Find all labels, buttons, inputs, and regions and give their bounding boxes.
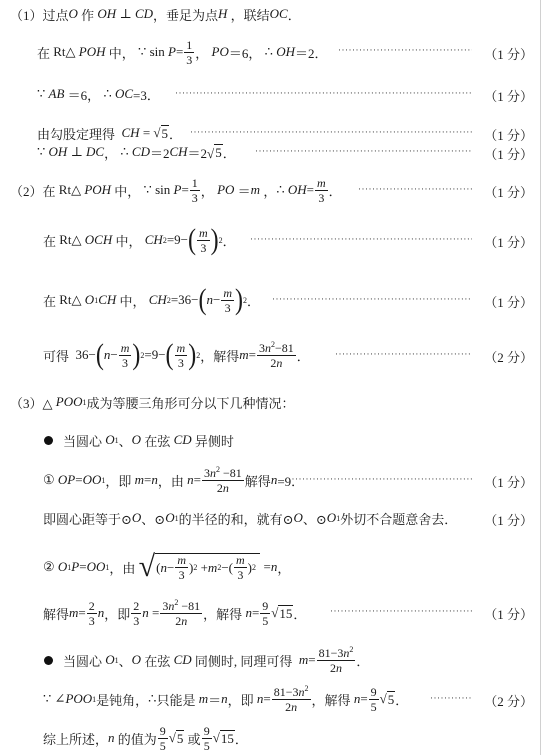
score: （1 分）	[484, 125, 533, 144]
score: （1 分）	[484, 292, 533, 311]
score: （1 分）	[484, 144, 533, 163]
part2-step-o1ch: 在 Rt△ O1CH 中， CH2=36−(n−m3)2．	[43, 285, 260, 315]
part3-intro: （3）△ POO1成为等腰三角形可分以下几种情况：	[10, 392, 294, 412]
leader-dots: ········································…	[175, 88, 472, 98]
part1-step-ab: ∵ AB ＝6， ∴ OC=3．	[37, 84, 160, 104]
part1-intro: （1）过点O 作 OH ⊥ CD，垂足为点H ，联结OC．	[10, 4, 301, 24]
score: （1 分）	[484, 472, 533, 491]
score: （1 分）	[484, 182, 533, 201]
leader-dots: ········································…	[288, 474, 472, 484]
part2-step-solve: 可得 36−(n−m3)2=9−(m3)2，解得m=3n2−812n．	[43, 339, 310, 371]
leader-dots: ········································…	[190, 127, 472, 137]
score: （2 分）	[484, 691, 533, 710]
part2-step-oh: （2）在 Rt△ POH 中， ∵ sin P=13， PO ＝m ，∴ OH=…	[10, 176, 342, 204]
leader-dots: ········································…	[250, 234, 472, 244]
score: （2 分）	[484, 347, 533, 366]
score: （1 分）	[484, 604, 533, 623]
part2-step-och: 在 Rt△ OCH 中， CH2=9−(m3)2．	[43, 225, 236, 255]
bullet-icon	[44, 656, 53, 665]
score: （1 分）	[484, 232, 533, 251]
bullet-icon	[44, 436, 53, 445]
score: （1 分）	[484, 510, 533, 529]
part3-step1: ① OP=OO1，即 m=n，由 n=3n2 −812n解得n=9．	[43, 464, 304, 496]
score: （1 分）	[484, 44, 533, 63]
leader-dots: ········································…	[358, 184, 472, 194]
part1-step-ch: 由勾股定理得 CH = √5．	[37, 123, 182, 143]
part3-step2: ② O1P=OO1，由 √(n−m3)2 +m2−(m3)2 =n，	[43, 549, 290, 585]
score: （1 分）	[484, 86, 533, 105]
part1-step-cd: ∵ OH ⊥ DC， ∴ CD＝2CH＝2√5．	[37, 142, 236, 162]
part3-obtuse: ∵ ∠POO1是钝角，∴只能是 m＝n，即 n=81−3n22n，解得 n=95…	[43, 683, 408, 715]
part3-step1-note: 即圆心距等于⊙O、⊙O1的半径的和，就有⊙O、⊙O1外切不合题意舍去．	[43, 508, 457, 528]
leader-dots: ·····················	[430, 693, 472, 703]
leader-dots: ········································…	[335, 349, 472, 359]
part3-step2-result: 解得m=23n，即23n =3n2 −812n，解得 n=95√15．	[43, 597, 306, 629]
part3-conclusion: 综上所述，n 的值为95√5 或95√15．	[43, 722, 248, 754]
case-opposite-side: 当圆心 O1、O 在弦 CD 异侧时	[44, 430, 234, 450]
leader-dots: ········································…	[272, 294, 472, 304]
part1-step-sinp: 在 Rt△ POH 中， ∵ sin P=13， PO＝6， ∴ OH＝2．	[37, 38, 327, 66]
leader-dots: ········································…	[338, 45, 472, 55]
leader-dots: ········································…	[330, 606, 472, 616]
fraction: 13	[184, 39, 194, 66]
case-same-side: 当圆心 O1、O 在弦 CD 同侧时, 同理可得 m=81−3n22n．	[44, 644, 369, 676]
leader-dots: ········································…	[255, 146, 472, 156]
